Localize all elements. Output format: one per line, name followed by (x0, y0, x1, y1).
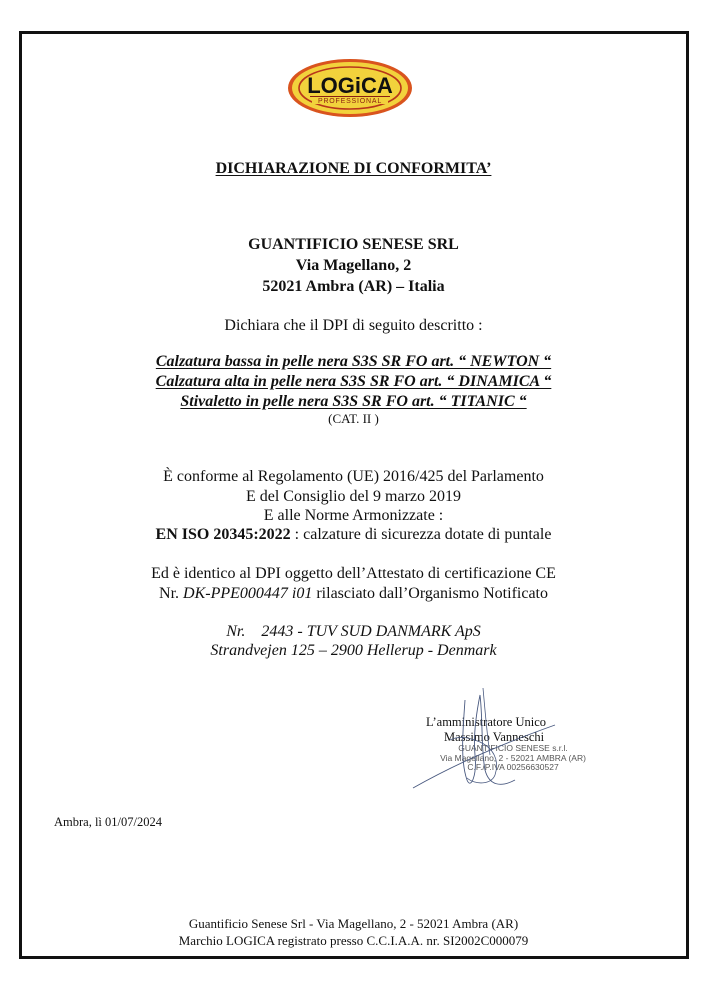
logica-logo: LOGiCA PROFESSIONAL (286, 57, 414, 119)
conformity-line-2: E del Consiglio del 9 marzo 2019 (0, 486, 707, 507)
conformity-line-1: È conforme al Regolamento (UE) 2016/425 … (0, 466, 707, 487)
company-street: Via Magellano, 2 (0, 255, 707, 276)
document-date: Ambra, lì 01/07/2024 (54, 815, 162, 830)
document-title: DICHIARAZIONE DI CONFORMITA’ (0, 160, 707, 178)
footer-line-2: Marchio LOGICA registrato presso C.C.I.A… (0, 932, 707, 949)
footer-line-1: Guantificio Senese Srl - Via Magellano, … (0, 915, 707, 932)
product-line: Calzatura bassa in pelle nera S3S SR FO … (0, 352, 707, 373)
company-city: 52021 Ambra (AR) – Italia (0, 276, 707, 297)
harmonized-standard: EN ISO 20345:2022 : calzature di sicurez… (0, 524, 707, 545)
certificate-prefix: Nr. (159, 585, 183, 602)
product-line: Calzatura alta in pelle nera S3S SR FO a… (0, 372, 707, 393)
product-line: Stivaletto in pelle nera S3S SR FO art. … (0, 392, 707, 413)
product-category: (CAT. II ) (0, 411, 707, 427)
logo-tagline-text: PROFESSIONAL (318, 98, 382, 105)
company-name: GUANTIFICIO SENESE SRL (0, 234, 707, 255)
conformity-line-3: E alle Norme Armonizzate : (0, 505, 707, 526)
standard-code: EN ISO 20345:2022 (156, 526, 291, 543)
notified-body-line-2: Strandvejen 125 – 2900 Hellerup - Denmar… (0, 640, 707, 661)
certificate-line-1: Ed è identico al DPI oggetto dell’Attest… (0, 563, 707, 584)
logo-brand-text: LOGiCA (307, 73, 393, 98)
standard-description: : calzature di sicurezza dotate di punta… (291, 526, 552, 543)
handwritten-signature (405, 680, 575, 800)
certificate-number: DK-PPE000447 i01 (183, 585, 312, 602)
certificate-suffix: rilasciato dall’Organismo Notificato (312, 585, 548, 602)
certificate-line-2: Nr. DK-PPE000447 i01 rilasciato dall’Org… (0, 583, 707, 604)
notified-body-line-1: Nr. 2443 - TUV SUD DANMARK ApS (0, 621, 707, 642)
declaration-intro: Dichiara che il DPI di seguito descritto… (0, 315, 707, 336)
